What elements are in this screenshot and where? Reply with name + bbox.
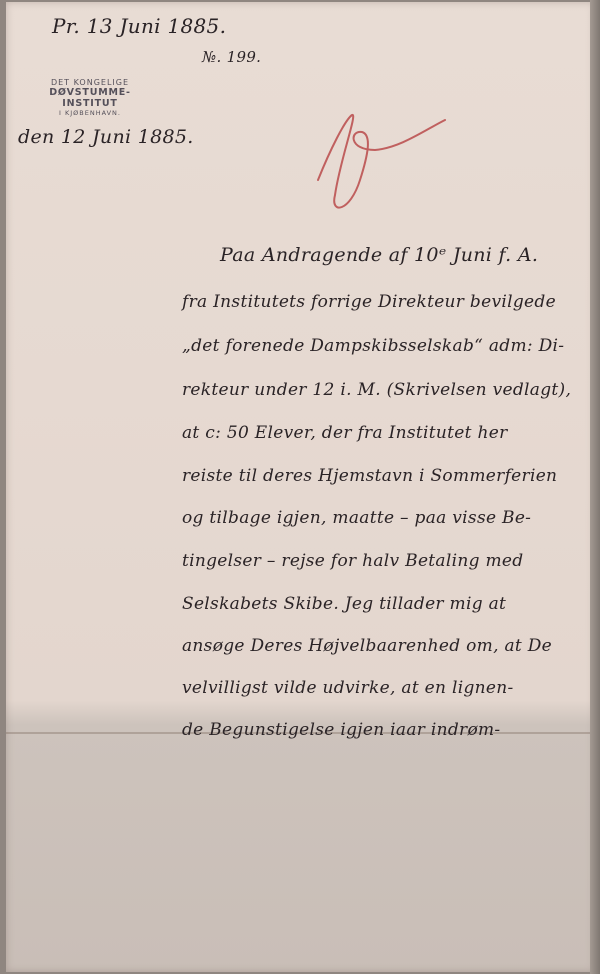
body-line: fra Institutets forrige Direkteur bevilg… [182, 292, 556, 312]
document-number: №. 199. [202, 48, 261, 66]
body-line: Paa Andragende af 10ᵉ Juni f. A. [220, 244, 538, 266]
letter-date: den 12 Juni 1885. [18, 126, 194, 148]
body-line: velvilligst vilde udvirke, at en lignen- [182, 678, 514, 698]
body-line: rekteur under 12 i. M. (Skrivelsen vedla… [182, 380, 571, 400]
red-checkmark-icon [300, 100, 450, 220]
body-line: ansøge Deres Højvelbaarenhed om, at De [182, 636, 552, 656]
received-date: Pr. 13 Juni 1885. [52, 14, 226, 38]
letterhead-line3: I KJØBENHAVN. [22, 109, 158, 117]
body-line: tingelser – rejse for halv Betaling med [182, 551, 523, 571]
body-line: at c: 50 Elever, der fra Institutet her [182, 423, 508, 443]
body-line: Selskabets Skibe. Jeg tillader mig at [182, 594, 506, 614]
letterhead-line1: DET KONGELIGE [22, 78, 158, 87]
body-line: reiste til deres Hjemstavn i Sommerferie… [182, 466, 557, 486]
body-line: de Begunstigelse igjen iaar indrøm- [182, 720, 500, 740]
letterhead-stamp: DET KONGELIGE DØVSTUMME-INSTITUT I KJØBE… [22, 78, 158, 117]
body-line: og tilbage igjen, maatte – paa visse Be- [182, 508, 531, 528]
body-line: „det forenede Dampskibsselskab“ adm: Di- [182, 336, 564, 356]
page-edge [590, 0, 600, 974]
letterhead-line2: DØVSTUMME-INSTITUT [22, 87, 158, 109]
